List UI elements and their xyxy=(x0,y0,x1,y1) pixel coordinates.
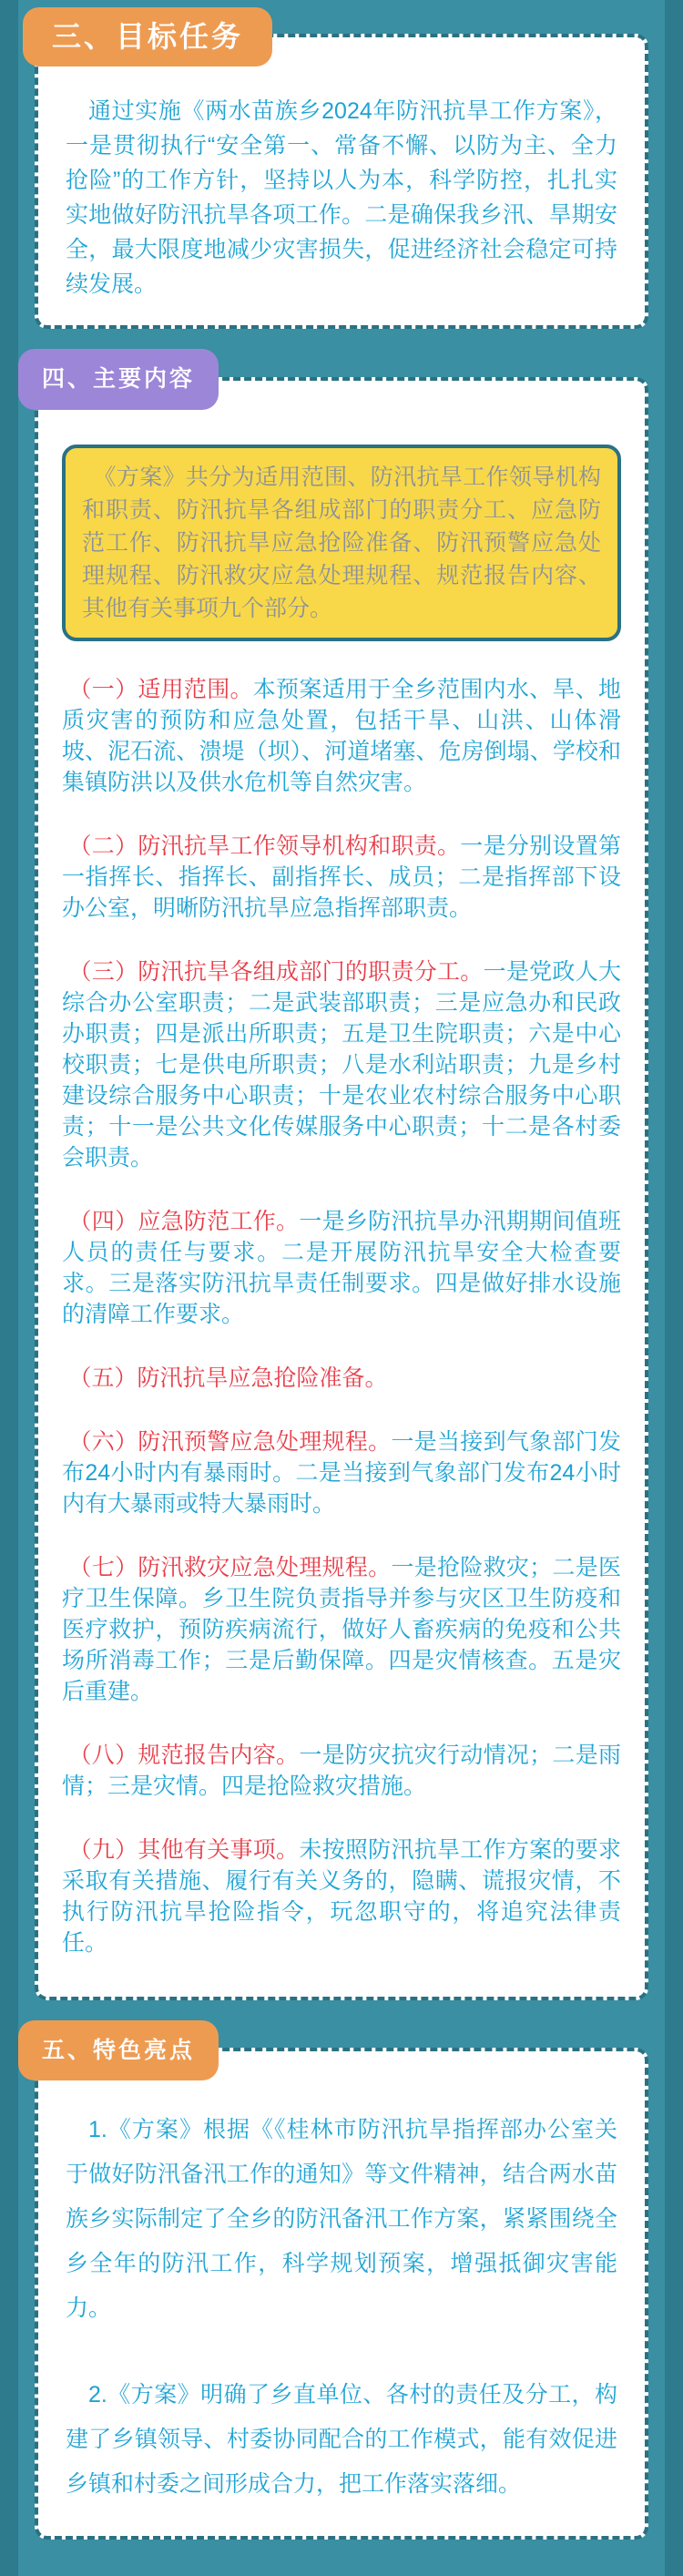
content-item-8-heading: （八）规范报告内容。 xyxy=(69,1743,300,1768)
content-item-8: （八）规范报告内容。一是防灾抗灾行动情况；二是雨情；三是灾情。四是抢险救灾措施。 xyxy=(62,1740,621,1802)
highlight-paragraph-1: 1.《方案》根据《《桂林市防汛抗旱指挥部办公室关于做好防汛备汛工作的通知》等文件… xyxy=(66,2108,617,2331)
content-item-7: （七）防汛救灾应急处理规程。一是抢险救灾；二是医疗卫生保障。乡卫生院负责指导并参… xyxy=(62,1552,621,1707)
content-item-2: （二）防汛抗旱工作领导机构和职责。一是分别设置第一指挥长、指挥长、副指挥长、成员… xyxy=(62,831,621,924)
section-goals-badge-label: 三、目标任务 xyxy=(52,20,243,53)
content-item-7-heading: （七）防汛救灾应急处理规程。 xyxy=(69,1555,392,1580)
section-goals-badge: 三、目标任务 xyxy=(23,7,272,66)
highlight-paragraph-2: 2.《方案》明确了乡直单位、各村的责任及分工，构建了乡镇领导、村委协同配合的工作… xyxy=(66,2373,617,2507)
content-item-6: （六）防汛预警应急处理规程。一是当接到气象部门发布24小时内有暴雨时。二是当接到… xyxy=(62,1426,621,1519)
content-item-9: （九）其他有关事项。未按照防汛抗旱工作方案的要求采取有关措施、履行有关义务的，隐… xyxy=(62,1835,621,1958)
content-item-2-heading: （二）防汛抗旱工作领导机构和职责。 xyxy=(69,833,461,859)
section-main-content-card: 《方案》共分为适用范围、防汛抗旱工作领导机构和职责、防汛抗旱各组成部门的职责分工… xyxy=(35,377,648,2000)
content-item-4-heading: （四）应急防范工作。 xyxy=(69,1209,300,1234)
section-highlights: 五、特色亮点 1.《方案》根据《《桂林市防汛抗旱指挥部办公室关于做好防汛备汛工作… xyxy=(0,2020,683,2540)
content-item-9-heading: （九）其他有关事项。 xyxy=(69,1837,300,1863)
section-main-content: 四、主要内容 《方案》共分为适用范围、防汛抗旱工作领导机构和职责、防汛抗旱各组成… xyxy=(0,349,683,2000)
content-item-1-heading: （一）适用范围。 xyxy=(69,677,253,702)
section-highlights-badge: 五、特色亮点 xyxy=(18,2020,219,2081)
goals-paragraph: 通过实施《两水苗族乡2024年防汛抗旱工作方案》，一是贯彻执行“安全第一、常备不… xyxy=(66,94,617,302)
infographic-page: 三、目标任务 通过实施《两水苗族乡2024年防汛抗旱工作方案》，一是贯彻执行“安… xyxy=(0,0,683,2576)
content-item-5: （五）防汛抗旱应急抢险准备。 xyxy=(62,1363,621,1394)
section-main-content-badge-label: 四、主要内容 xyxy=(42,366,195,392)
content-item-3-heading: （三）防汛抗旱各组成部门的职责分工。 xyxy=(69,959,484,985)
content-item-5-heading: （五）防汛抗旱应急抢险准备。 xyxy=(69,1365,388,1391)
section-goals: 三、目标任务 通过实施《两水苗族乡2024年防汛抗旱工作方案》，一是贯彻执行“安… xyxy=(0,7,683,329)
content-item-3: （三）防汛抗旱各组成部门的职责分工。一是党政人大综合办公室职责；二是武装部职责；… xyxy=(62,956,621,1173)
section-goals-card: 通过实施《两水苗族乡2024年防汛抗旱工作方案》，一是贯彻执行“安全第一、常备不… xyxy=(35,34,648,329)
content-item-3-body: 一是党政人大综合办公室职责；二是武装部职责；三是应急办和民政办职责；四是派出所职… xyxy=(62,959,621,1170)
content-item-4: （四）应急防范工作。一是乡防汛抗旱办汛期期间值班人员的责任与要求。二是开展防汛抗… xyxy=(62,1206,621,1330)
section-highlights-badge-label: 五、特色亮点 xyxy=(42,2038,195,2063)
section-main-content-badge: 四、主要内容 xyxy=(18,349,219,410)
plan-summary-highlight-box: 《方案》共分为适用范围、防汛抗旱工作领导机构和职责、防汛抗旱各组成部门的职责分工… xyxy=(62,445,621,641)
content-item-1: （一）适用范围。本预案适用于全乡范围内水、旱、地质灾害的预防和应急处置，包括干旱… xyxy=(62,674,621,798)
section-highlights-card: 1.《方案》根据《《桂林市防汛抗旱指挥部办公室关于做好防汛备汛工作的通知》等文件… xyxy=(35,2048,648,2540)
content-item-6-heading: （六）防汛预警应急处理规程。 xyxy=(69,1429,392,1455)
